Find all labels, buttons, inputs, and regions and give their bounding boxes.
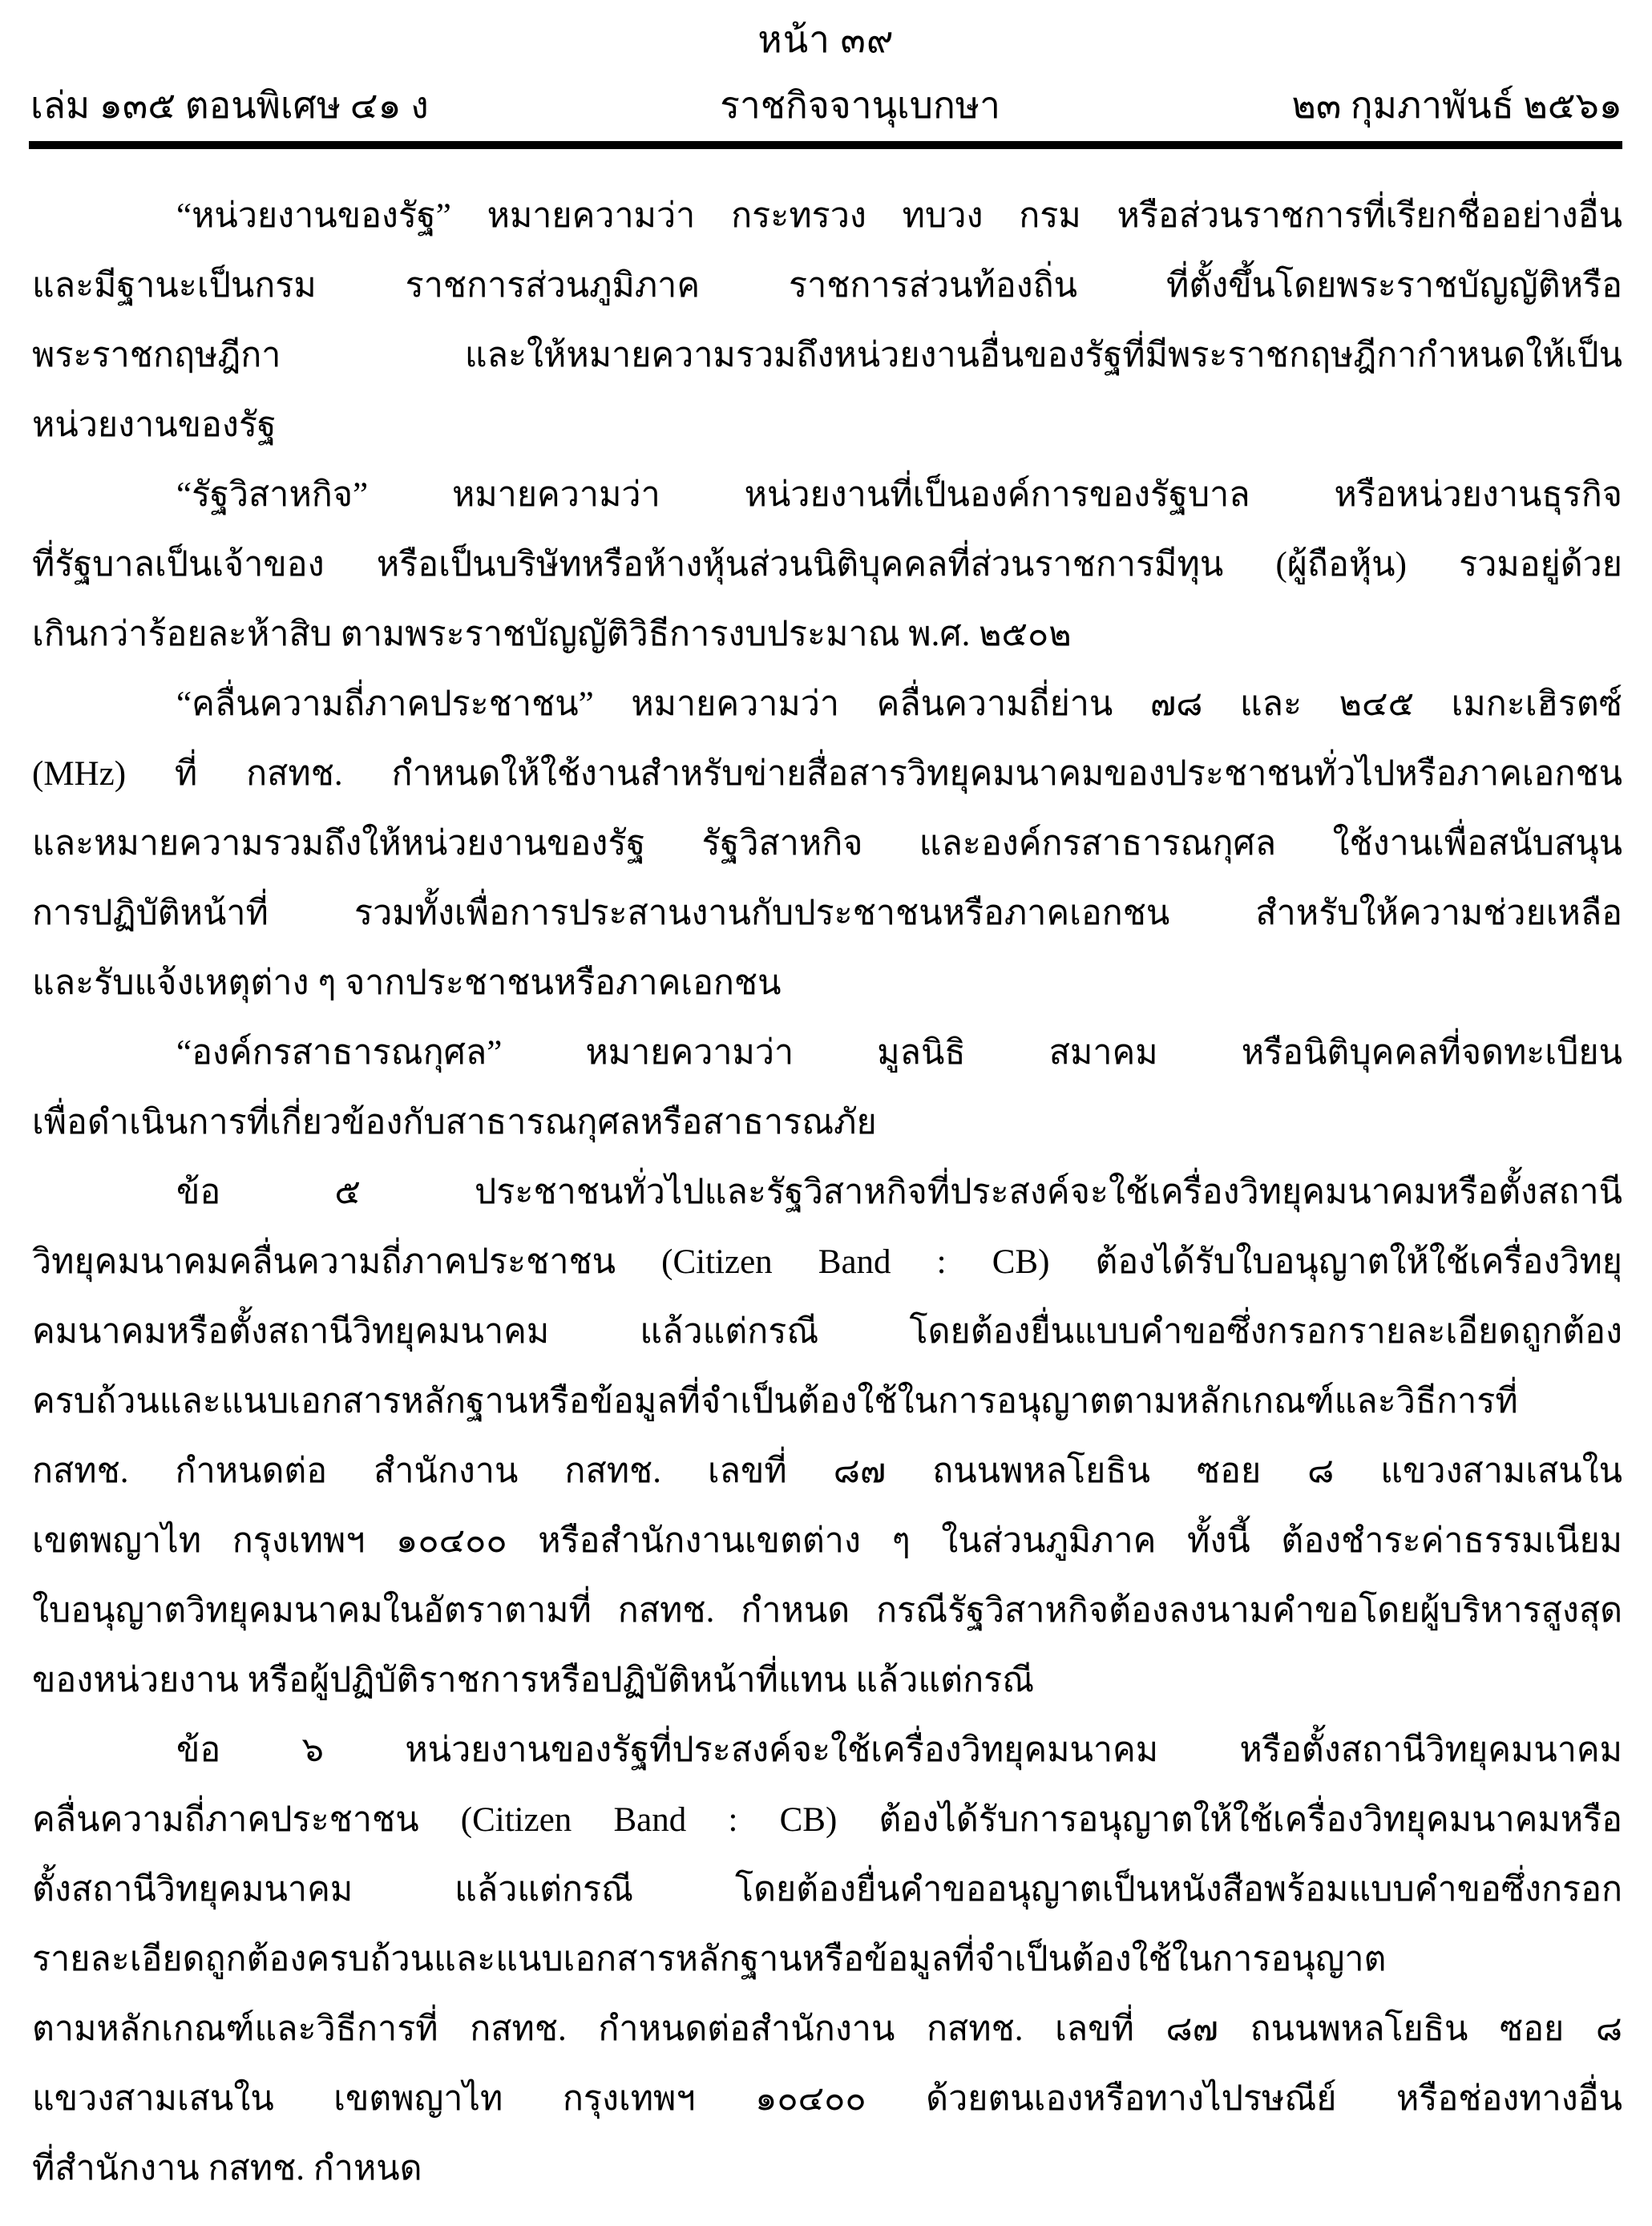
volume-issue-label: เล่ม ๑๓๕ ตอนพิเศษ ๔๑ ง <box>30 80 429 131</box>
text-line: คมนาคมหรือตั้งสถานีวิทยุคมนาคม แล้วแต่กร… <box>32 1297 1622 1367</box>
paragraph-clause-6: ข้อ ๖ หน่วยงานของรัฐที่ประสงค์จะใช้เครื่… <box>32 1715 1622 2204</box>
text-line: กสทช. กำหนดต่อ สำนักงาน กสทช. เลขที่ ๘๗ … <box>32 1436 1622 1506</box>
paragraph-definition-state-enterprise: “รัฐวิสาหกิจ” หมายความว่า หน่วยงานที่เป็… <box>32 460 1622 669</box>
text-line: “คลื่นความถี่ภาคประชาชน” หมายความว่า คลื… <box>32 669 1622 739</box>
text-line: “รัฐวิสาหกิจ” หมายความว่า หน่วยงานที่เป็… <box>32 460 1622 530</box>
text-line: หน่วยงานของรัฐ <box>32 390 1622 460</box>
paragraph-definition-citizen-band: “คลื่นความถี่ภาคประชาชน” หมายความว่า คลื… <box>32 669 1622 1018</box>
text-line: เกินกว่าร้อยละห้าสิบ ตามพระราชบัญญัติวิธ… <box>32 600 1622 669</box>
text-line: เขตพญาไท กรุงเทพฯ ๑๐๔๐๐ หรือสำนักงานเขตต… <box>32 1506 1622 1576</box>
text-line: เพื่อดำเนินการที่เกี่ยวข้องกับสาธารณกุศล… <box>32 1088 1622 1157</box>
text-line: คลื่นความถี่ภาคประชาชน (Citizen Band : C… <box>32 1785 1622 1855</box>
text-line: ข้อ ๕ ประชาชนทั่วไปและรัฐวิสาหกิจที่ประส… <box>32 1157 1622 1227</box>
text-line: (MHz) ที่ กสทช. กำหนดให้ใช้งานสำหรับข่าย… <box>32 739 1622 809</box>
paragraph-definition-state-agency: “หน่วยงานของรัฐ” หมายความว่า กระทรวง ทบว… <box>32 181 1622 460</box>
paragraph-definition-charity-org: “องค์กรสาธารณกุศล” หมายความว่า มูลนิธิ ส… <box>32 1018 1622 1157</box>
gazette-header: เล่ม ๑๓๕ ตอนพิเศษ ๔๑ ง ราชกิจจานุเบกษา ๒… <box>30 80 1622 131</box>
header-divider-rule <box>29 141 1622 149</box>
text-line: วิทยุคมนาคมคลื่นความถี่ภาคประชาชน (Citiz… <box>32 1227 1622 1297</box>
text-line: และรับแจ้งเหตุต่าง ๆ จากประชาชนหรือภาคเอ… <box>32 948 1622 1018</box>
text-line: ที่สำนักงาน กสทช. กำหนด <box>32 2134 1622 2204</box>
paragraph-clause-5: ข้อ ๕ ประชาชนทั่วไปและรัฐวิสาหกิจที่ประส… <box>32 1157 1622 1715</box>
gazette-page: หน้า ๓๙ เล่ม ๑๓๕ ตอนพิเศษ ๔๑ ง ราชกิจจาน… <box>0 0 1652 2226</box>
gazette-title: ราชกิจจานุเบกษา <box>720 80 1000 131</box>
text-line: ตั้งสถานีวิทยุคมนาคม แล้วแต่กรณี โดยต้อง… <box>32 1855 1622 1925</box>
text-line: ครบถ้วนและแนบเอกสารหลักฐานหรือข้อมูลที่จ… <box>32 1367 1622 1436</box>
text-line: และมีฐานะเป็นกรม ราชการส่วนภูมิภาค ราชกา… <box>32 251 1622 321</box>
text-line: พระราชกฤษฎีกา และให้หมายความรวมถึงหน่วยง… <box>32 321 1622 390</box>
text-line: แขวงสามเสนใน เขตพญาไท กรุงเทพฯ ๑๐๔๐๐ ด้ว… <box>32 2064 1622 2134</box>
text-line: รายละเอียดถูกต้องครบถ้วนและแนบเอกสารหลัก… <box>32 1925 1622 1994</box>
text-line: “หน่วยงานของรัฐ” หมายความว่า กระทรวง ทบว… <box>32 181 1622 251</box>
text-line: และหมายความรวมถึงให้หน่วยงานของรัฐ รัฐวิ… <box>32 809 1622 879</box>
text-line: การปฏิบัติหน้าที่ รวมทั้งเพื่อการประสานง… <box>32 879 1622 948</box>
text-line: ใบอนุญาตวิทยุคมนาคมในอัตราตามที่ กสทช. ก… <box>32 1576 1622 1646</box>
text-line: ที่รัฐบาลเป็นเจ้าของ หรือเป็นบริษัทหรือห… <box>32 530 1622 600</box>
page-number: หน้า ๓๙ <box>0 14 1652 66</box>
text-line: ข้อ ๖ หน่วยงานของรัฐที่ประสงค์จะใช้เครื่… <box>32 1715 1622 1785</box>
text-line: ตามหลักเกณฑ์และวิธีการที่ กสทช. กำหนดต่อ… <box>32 1994 1622 2064</box>
document-body: “หน่วยงานของรัฐ” หมายความว่า กระทรวง ทบว… <box>32 181 1622 2204</box>
text-line: ของหน่วยงาน หรือผู้ปฏิบัติราชการหรือปฏิบ… <box>32 1646 1622 1715</box>
text-line: “องค์กรสาธารณกุศล” หมายความว่า มูลนิธิ ส… <box>32 1018 1622 1088</box>
gazette-date: ๒๓ กุมภาพันธ์ ๒๕๖๑ <box>1292 80 1622 131</box>
